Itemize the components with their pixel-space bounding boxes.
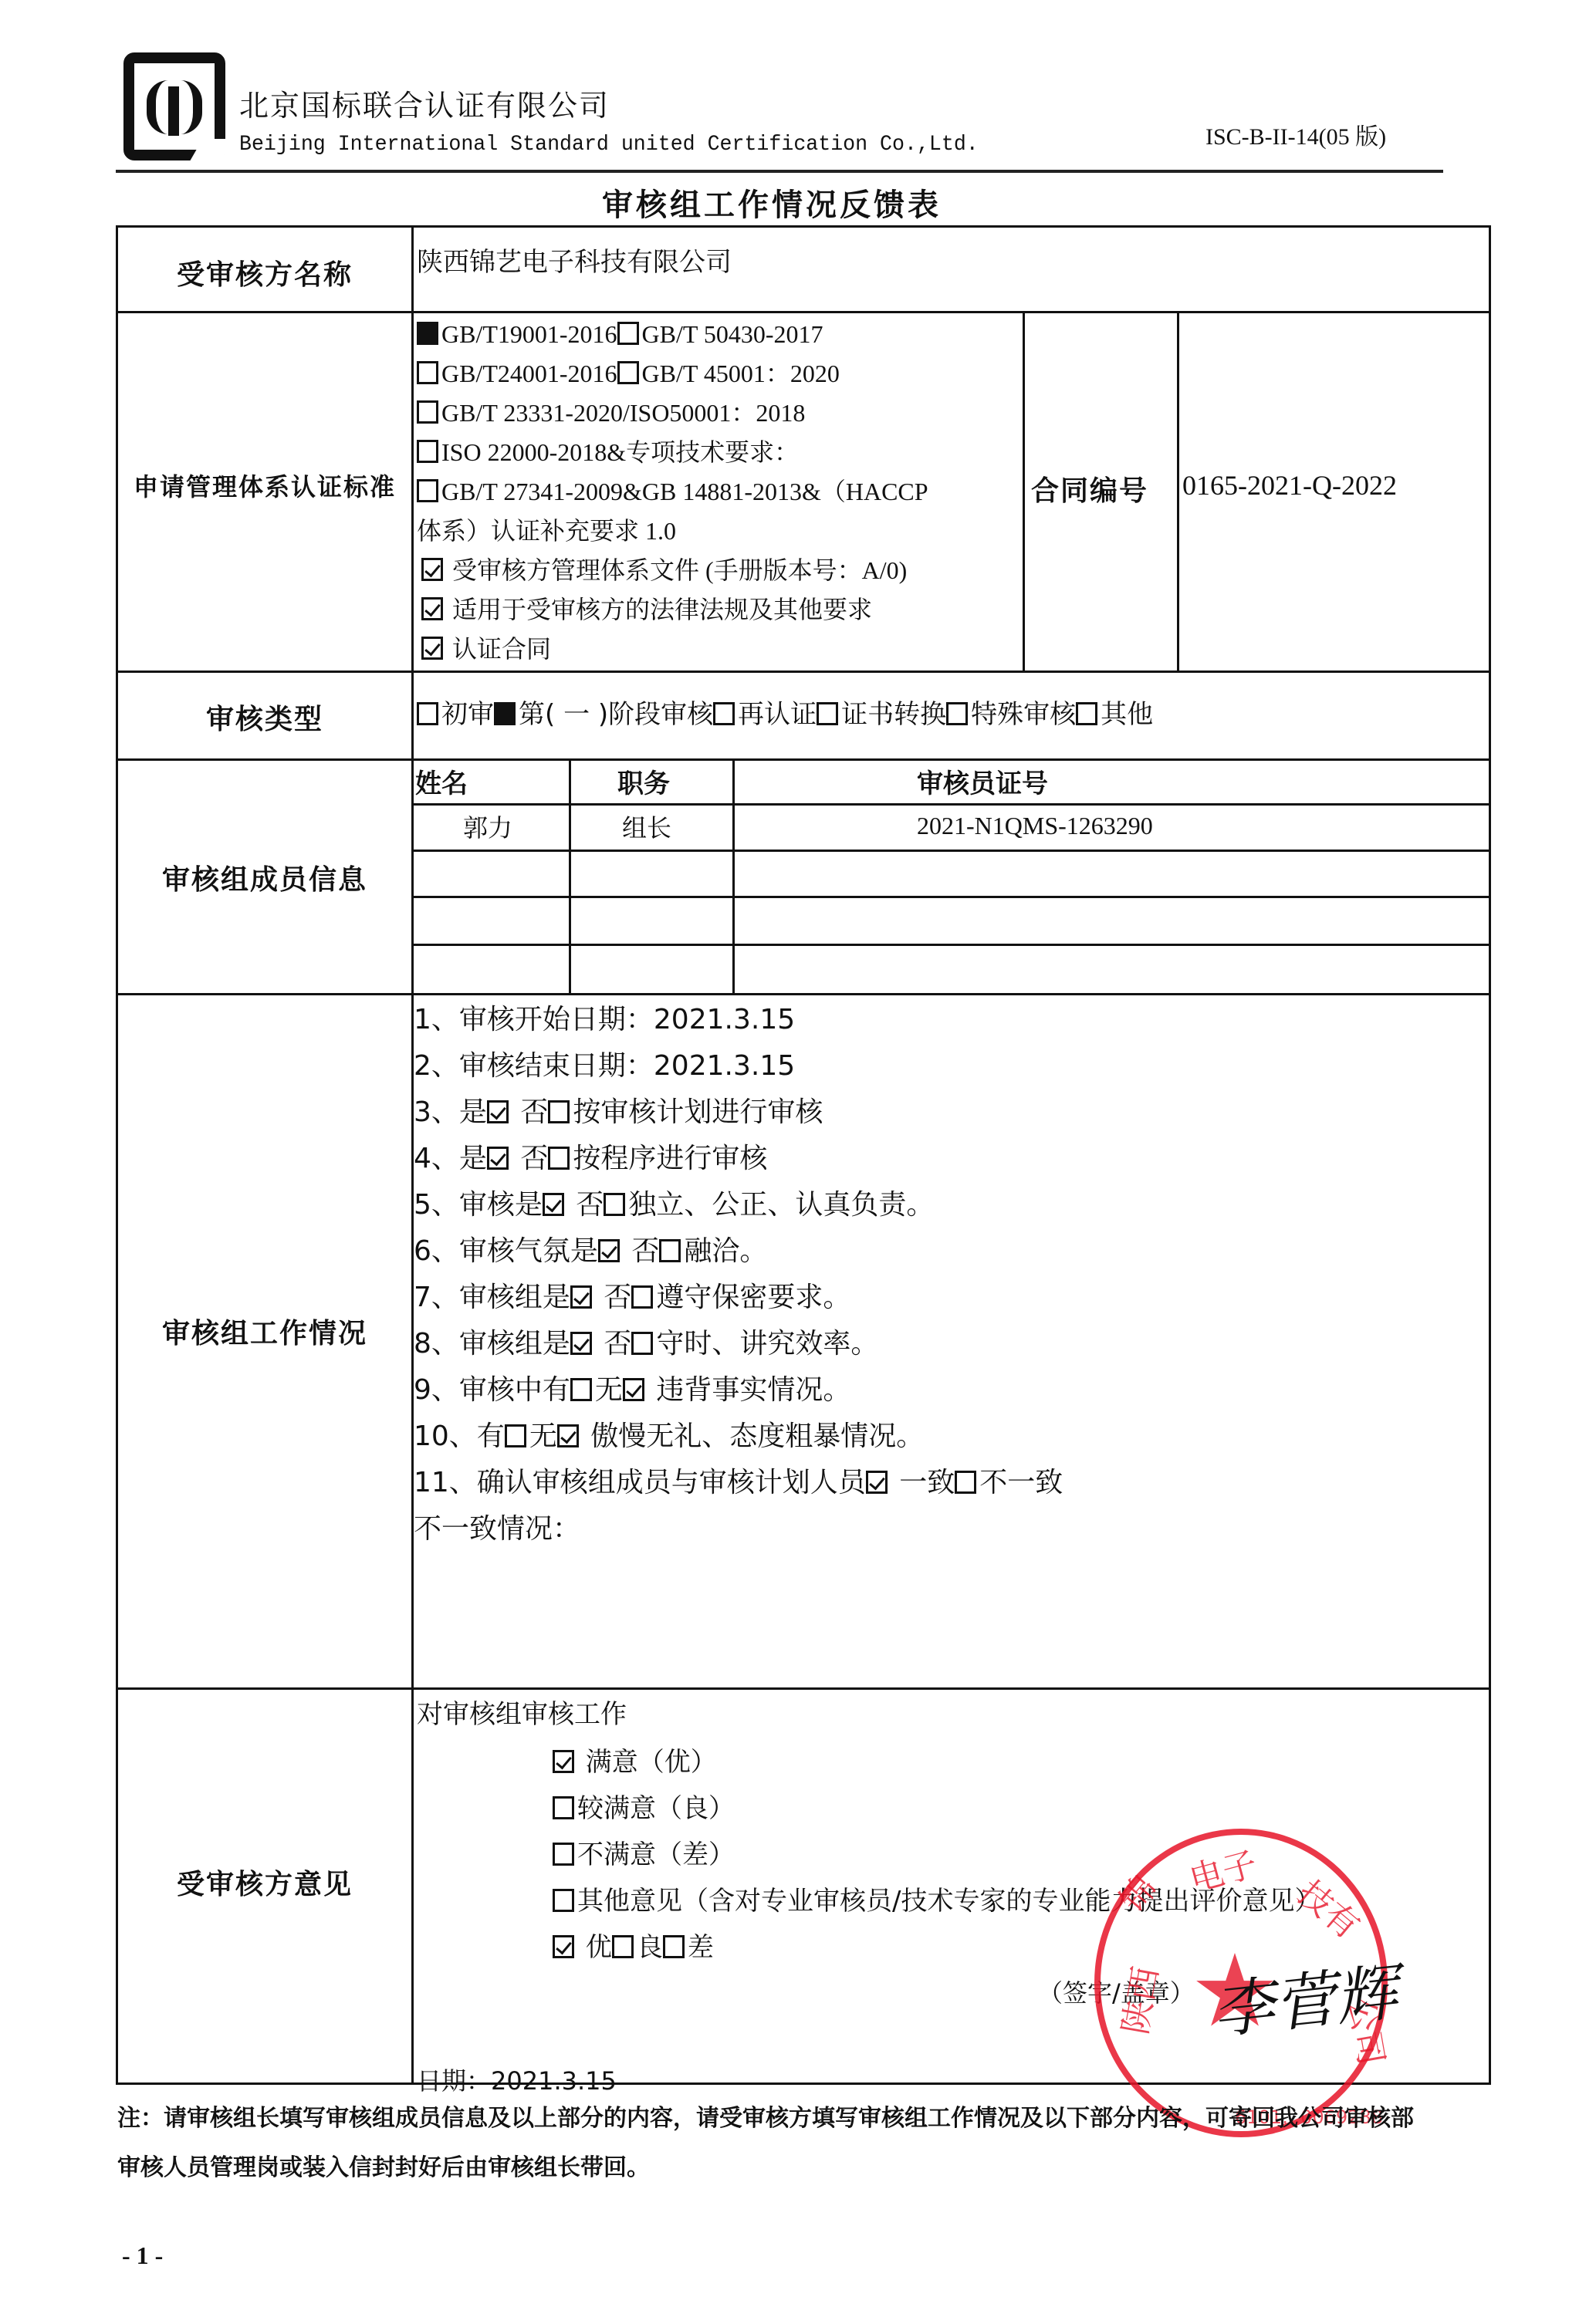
work-item-text: 一致	[891, 1467, 955, 1498]
work-item-text: 守时、讲究效率。	[656, 1328, 878, 1360]
work-item-checkbox[interactable]	[631, 1285, 653, 1309]
standard-text: GB/T 45001：2020	[642, 360, 840, 387]
work-item-checkbox[interactable]	[866, 1471, 888, 1494]
member-name: 郭力	[463, 809, 512, 844]
standard-checkbox[interactable]	[417, 361, 438, 384]
work-item-text: 不一致情况：	[414, 1513, 580, 1545]
audit-type-checkbox[interactable]	[946, 702, 968, 725]
audit-type-checkbox[interactable]	[417, 702, 438, 725]
company-logo-icon	[123, 52, 225, 160]
standard-checkbox[interactable]	[417, 440, 438, 463]
audit-type-option: 证书转换	[841, 699, 946, 730]
work-item-text: 按审核计划进行审核	[573, 1096, 823, 1128]
work-item-text: 10、有	[414, 1420, 505, 1452]
audit-type-option: 再认证	[738, 699, 817, 730]
opinion-checkbox[interactable]	[553, 1750, 574, 1773]
opinion-option-text: 较满意（良）	[577, 1793, 735, 1824]
work-item: 3、是 否按审核计划进行审核	[414, 1089, 1063, 1136]
row-divider	[118, 671, 1489, 673]
work-item-checkbox[interactable]	[659, 1239, 681, 1262]
standard-line: GB/T19001-2016GB/T 50430-2017	[417, 315, 1026, 354]
work-item-text: 11、确认审核组成员与审核计划人员	[414, 1467, 866, 1498]
audit-type-option: 其他	[1101, 699, 1153, 730]
work-item-checkbox[interactable]	[570, 1332, 592, 1355]
work-item-text: 违背事实情况。	[648, 1374, 850, 1406]
standard-text: GB/T 50430-2017	[642, 320, 823, 348]
member-header-cert: 审核员证号	[917, 762, 1048, 800]
row-divider	[118, 311, 1489, 313]
work-item-text: 否	[595, 1282, 631, 1313]
audit-type-label: 审核类型	[118, 698, 411, 737]
standard-line: 受审核方管理体系文件 (手册版本号：A/0)	[417, 551, 1026, 590]
work-item-text: 否	[595, 1328, 631, 1360]
work-item-text: 否	[512, 1143, 548, 1174]
auditee-opinion-label: 受审核方意见	[118, 1863, 411, 1902]
standard-line: GB/T 27341-2009&GB 14881-2013&（HACCP	[417, 472, 1026, 512]
opinion-option-text: 满意（优）	[577, 1747, 717, 1778]
work-item-text: 傲慢无礼、态度粗暴情况。	[582, 1420, 924, 1452]
work-situation-label: 审核组工作情况	[118, 1312, 411, 1351]
work-item-checkbox[interactable]	[604, 1193, 625, 1216]
form-title: 审核组工作情况反馈表	[602, 181, 942, 225]
rating-text: 良	[637, 1932, 663, 1963]
work-item-text: 按程序进行审核	[573, 1143, 767, 1174]
standard-line: 认证合同	[417, 630, 1026, 669]
opinion-checkbox[interactable]	[553, 1796, 574, 1819]
standard-text: GB/T24001-2016	[441, 360, 617, 387]
opinion-checkbox[interactable]	[553, 1889, 574, 1912]
work-item-text: 3、是	[414, 1096, 487, 1128]
standards-list: GB/T19001-2016GB/T 50430-2017GB/T24001-2…	[417, 315, 1026, 669]
standard-line: ISO 22000-2018&专项技术要求：	[417, 433, 1026, 472]
company-name-en: Beijing International Standard united Ce…	[239, 133, 979, 157]
audit-type-checkbox[interactable]	[494, 702, 516, 725]
work-item: 6、审核气氛是 否融洽。	[414, 1228, 1063, 1275]
contract-value-divider	[1177, 311, 1179, 671]
company-name-cn: 北京国标联合认证有限公司	[239, 82, 610, 124]
rating-checkbox[interactable]	[553, 1935, 574, 1958]
work-item-checkbox[interactable]	[548, 1147, 570, 1170]
member-row-divider	[411, 896, 1489, 898]
member-header-name: 姓名	[415, 762, 468, 800]
rating-checkbox[interactable]	[663, 1935, 685, 1958]
member-col-divider	[569, 758, 571, 993]
standard-line: GB/T24001-2016GB/T 45001：2020	[417, 354, 1026, 394]
work-item: 8、审核组是 否守时、讲究效率。	[414, 1321, 1063, 1367]
work-item: 11、确认审核组成员与审核计划人员 一致不一致	[414, 1460, 1063, 1506]
work-item-checkbox[interactable]	[598, 1239, 620, 1262]
work-item-text: 否	[512, 1096, 548, 1128]
work-item-checkbox[interactable]	[631, 1332, 653, 1355]
work-item-checkbox[interactable]	[505, 1424, 526, 1447]
standard-checkbox[interactable]	[421, 597, 443, 620]
rating-checkbox[interactable]	[612, 1935, 634, 1958]
audit-type-option: 初审	[441, 699, 494, 730]
work-item-text: 4、是	[414, 1143, 487, 1174]
standard-checkbox[interactable]	[617, 322, 639, 345]
row-divider	[118, 993, 1489, 995]
member-role: 组长	[622, 809, 671, 844]
work-item-text: 5、审核是	[414, 1189, 543, 1221]
opinion-date: 日期：2021.3.15	[417, 2062, 617, 2097]
work-item-text: 遵守保密要求。	[656, 1282, 850, 1313]
work-situation-items: 1、审核开始日期：2021.3.152、审核结束日期：2021.3.153、是 …	[414, 997, 1063, 1552]
work-item-text: 7、审核组是	[414, 1282, 570, 1313]
opinion-option-text: 不满意（差）	[577, 1839, 735, 1870]
work-item-text: 无	[529, 1420, 557, 1452]
work-item-checkbox[interactable]	[623, 1378, 644, 1401]
work-item-text: 1、审核开始日期：2021.3.15	[414, 1004, 795, 1035]
opinion-intro: 对审核组审核工作	[417, 1693, 627, 1731]
member-col-divider	[732, 758, 735, 993]
work-item-text: 6、审核气氛是	[414, 1235, 598, 1267]
member-row-divider	[411, 850, 1489, 852]
work-item-text: 9、审核中有	[414, 1374, 570, 1406]
work-item-text: 否	[623, 1235, 659, 1267]
work-item-checkbox[interactable]	[955, 1471, 976, 1494]
auditee-name-value: 陕西锦艺电子科技有限公司	[417, 241, 732, 279]
work-item: 5、审核是 否独立、公正、认真负责。	[414, 1182, 1063, 1228]
work-item: 2、审核结束日期：2021.3.15	[414, 1043, 1063, 1089]
standard-text: 体系）认证补充要求 1.0	[417, 517, 676, 545]
work-item-checkbox[interactable]	[487, 1100, 509, 1123]
standard-line: 体系）认证补充要求 1.0	[417, 512, 1026, 551]
note-line-1: 注：请审核组长填写审核组成员信息及以上部分的内容，请受审核方填写审核组工作情况及…	[117, 2099, 1414, 2133]
standard-checkbox[interactable]	[417, 322, 438, 345]
work-item-text: 2、审核结束日期：2021.3.15	[414, 1050, 795, 1082]
standard-checkbox[interactable]	[617, 361, 639, 384]
opinion-checkbox[interactable]	[553, 1843, 574, 1866]
work-item-checkbox[interactable]	[487, 1147, 509, 1170]
audit-type-option: 第( 一 )阶段审核	[519, 699, 713, 730]
work-item-checkbox[interactable]	[548, 1100, 570, 1123]
standard-line: GB/T 23331-2020/ISO50001：2018	[417, 394, 1026, 433]
standard-text: 受审核方管理体系文件 (手册版本号：A/0)	[446, 556, 907, 584]
standard-text: GB/T 23331-2020/ISO50001：2018	[441, 399, 805, 427]
work-item-checkbox[interactable]	[543, 1193, 564, 1216]
document-code: ISC-B-II-14(05 版)	[1205, 117, 1386, 151]
rating-text: 差	[688, 1932, 714, 1963]
member-cert-number: 2021-N1QMS-1263290	[917, 812, 1153, 840]
members-label: 审核组成员信息	[118, 858, 411, 897]
work-item: 10、有无 傲慢无礼、态度粗暴情况。	[414, 1414, 1063, 1460]
standard-text: 适用于受审核方的法律法规及其他要求	[446, 596, 872, 623]
standard-line: 适用于受审核方的法律法规及其他要求	[417, 590, 1026, 630]
header-divider	[116, 170, 1443, 173]
standards-label: 申请管理体系认证标准	[118, 468, 411, 503]
standard-checkbox[interactable]	[421, 637, 443, 660]
audit-type-option: 特殊审核	[971, 699, 1076, 730]
work-item: 不一致情况：	[414, 1506, 1063, 1552]
work-item-text: 否	[567, 1189, 604, 1221]
work-item-text: 8、审核组是	[414, 1328, 570, 1360]
work-item-text: 融洽。	[684, 1235, 767, 1267]
row-divider	[118, 758, 1489, 761]
auditee-name-label: 受审核方名称	[118, 253, 411, 292]
work-item-checkbox[interactable]	[557, 1424, 579, 1447]
work-item-text: 无	[595, 1374, 623, 1406]
work-item: 9、审核中有无 违背事实情况。	[414, 1367, 1063, 1414]
standard-text: GB/T 27341-2009&GB 14881-2013&（HACCP	[441, 478, 928, 505]
work-item: 1、审核开始日期：2021.3.15	[414, 997, 1063, 1043]
audit-type-options: 初审第( 一 )阶段审核再认证证书转换特殊审核其他	[417, 693, 1153, 731]
standard-checkbox[interactable]	[421, 558, 443, 581]
work-item: 7、审核组是 否遵守保密要求。	[414, 1275, 1063, 1321]
work-item-text: 不一致	[979, 1467, 1063, 1498]
contract-number-label: 合同编号	[1025, 469, 1176, 508]
work-item-checkbox[interactable]	[570, 1285, 592, 1309]
note-line-2: 审核人员管理岗或装入信封封好后由审核组长带回。	[117, 2148, 650, 2182]
audit-type-checkbox[interactable]	[1076, 702, 1097, 725]
opinion-option: 满意（优）	[553, 1739, 1320, 1785]
work-item-checkbox[interactable]	[570, 1378, 592, 1401]
work-item: 4、是 否按程序进行审核	[414, 1136, 1063, 1182]
standard-checkbox[interactable]	[417, 400, 438, 424]
standard-text: ISO 22000-2018&专项技术要求：	[441, 438, 799, 466]
contract-number-value: 0165-2021-Q-2022	[1182, 469, 1397, 502]
member-row-divider	[411, 803, 1489, 806]
opinion-option: 较满意（良）	[553, 1785, 1320, 1832]
audit-type-checkbox[interactable]	[817, 702, 838, 725]
member-row-divider	[411, 944, 1489, 946]
member-header-role: 职务	[617, 762, 670, 800]
page-number: - 1 -	[122, 2241, 163, 2270]
audit-type-checkbox[interactable]	[713, 702, 735, 725]
standard-text: GB/T19001-2016	[441, 320, 617, 348]
rating-text: 优	[577, 1932, 612, 1963]
standard-text: 认证合同	[446, 635, 551, 663]
row-divider	[118, 1687, 1489, 1690]
standard-checkbox[interactable]	[417, 479, 438, 502]
work-item-text: 独立、公正、认真负责。	[628, 1189, 934, 1221]
